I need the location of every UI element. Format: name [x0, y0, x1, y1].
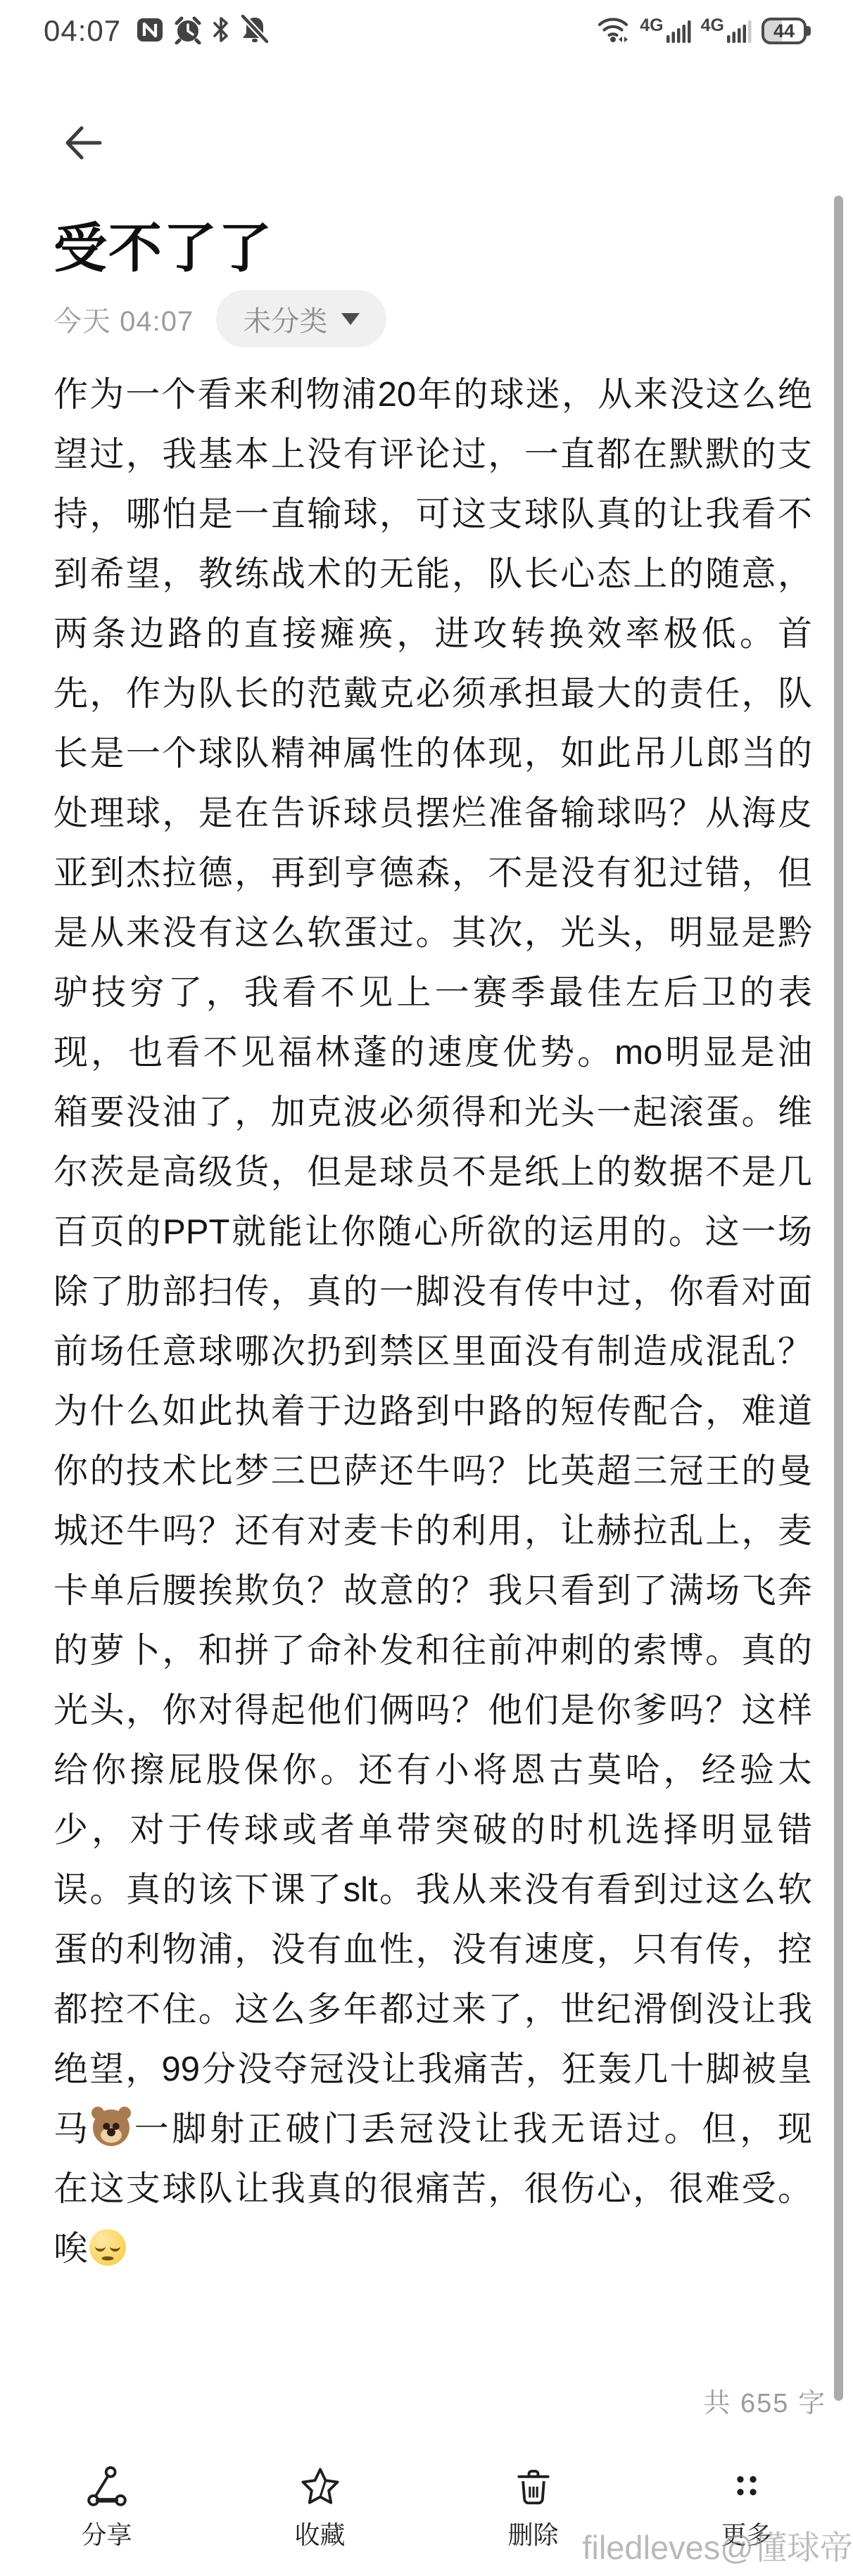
category-label: 未分类: [243, 299, 327, 339]
signal-bars-icon: [666, 18, 692, 44]
sim1-signal: 4G: [640, 18, 691, 44]
note-text-line: 在这支球队让我真的很痛苦，很伤心，很难受。: [53, 2159, 812, 2219]
bottom-toolbar: 分享 收藏 删除 更多: [0, 2449, 853, 2576]
note-text-line: 驴技穷了，我看不见上一赛季最佳左后卫的表: [53, 963, 812, 1023]
note-text-line: 马一脚射正破门丢冠没让我无语过。但，现: [53, 2100, 812, 2159]
note-text-line: 为什么如此执着于边路到中路的短传配合，难道: [53, 1382, 812, 1442]
share-button[interactable]: 分享: [0, 2465, 213, 2551]
sim2-signal: 4G: [701, 18, 752, 44]
note-text-line: 卡单后腰挨欺负？故意的？我只看到了满场飞奔: [53, 1561, 812, 1621]
note-text-line: 的萝卜，和拼了命补发和往前冲刺的索博。真的: [53, 1621, 812, 1681]
note-text-line: 是从来没有这么软蛋过。其次，光头，明显是黔: [53, 903, 812, 963]
notes-app-screen: 04:07 4G 4G: [0, 0, 853, 2576]
note-text-line: 到希望，教练战术的无能，队长心态上的随意，: [53, 545, 812, 604]
clock-time: 04:07: [44, 14, 121, 48]
note-text-line: 现，也看不见福林蓬的速度优势。mo明显是油: [53, 1023, 812, 1083]
note-text-line: 箱要没油了，加克波必须得和光头一起滚蛋。维: [53, 1083, 812, 1143]
nfc-icon: [136, 15, 164, 47]
note-text-line: 给你擦屁股保你。还有小将恩古莫哈，经验太: [53, 1741, 812, 1801]
note-text-line: 前场任意球哪次扔到禁区里面没有制造成混乱？: [53, 1322, 812, 1382]
note-text-line: 亚到杰拉德，再到亨德森，不是没有犯过错，但: [53, 844, 812, 903]
back-button[interactable]: [52, 111, 113, 175]
share-icon: [85, 2465, 129, 2508]
toolbar-label: 收藏: [294, 2515, 345, 2551]
note-text-line: 先，作为队长的范戴克必须承担最大的责任，队: [53, 664, 812, 724]
trash-icon: [512, 2465, 555, 2508]
note-body[interactable]: 作为一个看来利物浦20年的球迷，从来没这么绝望过，我基本上没有评论过，一直都在默…: [53, 365, 812, 2279]
note-text-line: 望过，我基本上没有评论过，一直都在默默的支: [53, 425, 812, 485]
battery-indicator: 44: [762, 18, 807, 44]
bluetooth-icon: [212, 15, 230, 48]
note-text-line: 百页的PPT就能让你随心所欲的运用的。这一场: [53, 1203, 812, 1262]
note-date: 今天 04:07: [53, 299, 194, 339]
battery-percent: 44: [773, 20, 795, 42]
note-text-line: 误。真的该下课了slt。我从来没有看到过这么软: [53, 1860, 812, 1920]
note-text-line: 尔茨是高级货，但是球员不是纸上的数据不是几: [53, 1143, 812, 1203]
note-text-line: 蛋的利物浦，没有血性，没有速度，只有传，控: [53, 1920, 812, 1980]
note-meta-row: 今天 04:07 未分类: [53, 290, 386, 348]
note-text-line: 都控不住。这么多年都过来了，世纪滑倒没让我: [53, 1980, 812, 2040]
note-text-line: 除了肋部扫传，真的一脚没有传中过，你看对面: [53, 1262, 812, 1322]
network-type-label: 4G: [701, 15, 724, 36]
toolbar-label: 更多: [721, 2515, 771, 2551]
more-icon: [725, 2465, 769, 2508]
note-text-line: 处理球，是在告诉球员摆烂准备输球吗？从海皮: [53, 784, 812, 844]
toolbar-label: 删除: [507, 2515, 558, 2551]
note-text-line: 绝望，99分没夺冠没让我痛苦，狂轰几十脚被皇: [53, 2040, 812, 2100]
delete-button[interactable]: 删除: [426, 2465, 640, 2551]
wifi-icon: [597, 15, 631, 48]
note-text-line: 少，对于传球或者单带突破的时机选择明显错: [53, 1801, 812, 1860]
signal-bars-icon: [727, 18, 752, 44]
alarm-icon: [173, 15, 203, 48]
network-type-label: 4G: [640, 15, 663, 36]
status-bar-right: 4G 4G 44: [597, 15, 807, 48]
note-text-line: 城还牛吗？还有对麦卡的利用，让赫拉乱上，麦: [53, 1502, 812, 1561]
chevron-down-icon: [341, 313, 360, 325]
note-title[interactable]: 受不了了: [53, 214, 273, 284]
note-text-line: 两条边路的直接瘫痪，进攻转换效率极低。首: [53, 604, 812, 664]
category-selector[interactable]: 未分类: [216, 290, 386, 348]
bear-emoji: [93, 2109, 129, 2146]
note-text-line: 光头，你对得起他们俩吗？他们是你爹吗？这样: [53, 1681, 812, 1741]
back-arrow-icon: [58, 120, 107, 166]
note-text-line: 持，哪怕是一直输球，可这支球队真的让我看不: [53, 485, 812, 545]
note-text-line: 你的技术比梦三巴萨还牛吗？比英超三冠王的曼: [53, 1442, 812, 1502]
mute-bell-icon: [239, 15, 270, 48]
note-text-line: 唉: [53, 2219, 812, 2279]
note-text-line: 长是一个球队精神属性的体现，如此吊儿郎当的: [53, 724, 812, 784]
char-count: 共 655 字: [703, 2381, 826, 2420]
toolbar-label: 分享: [81, 2515, 132, 2551]
star-icon: [298, 2465, 342, 2508]
more-button[interactable]: 更多: [640, 2465, 853, 2551]
note-text-line: 作为一个看来利物浦20年的球迷，从来没这么绝: [53, 365, 812, 425]
status-bar: 04:07 4G 4G: [0, 8, 853, 53]
favorite-button[interactable]: 收藏: [213, 2465, 426, 2551]
pensive-emoji: [89, 2229, 126, 2266]
scrollbar[interactable]: [834, 196, 843, 2401]
status-bar-left: 04:07: [44, 14, 270, 48]
